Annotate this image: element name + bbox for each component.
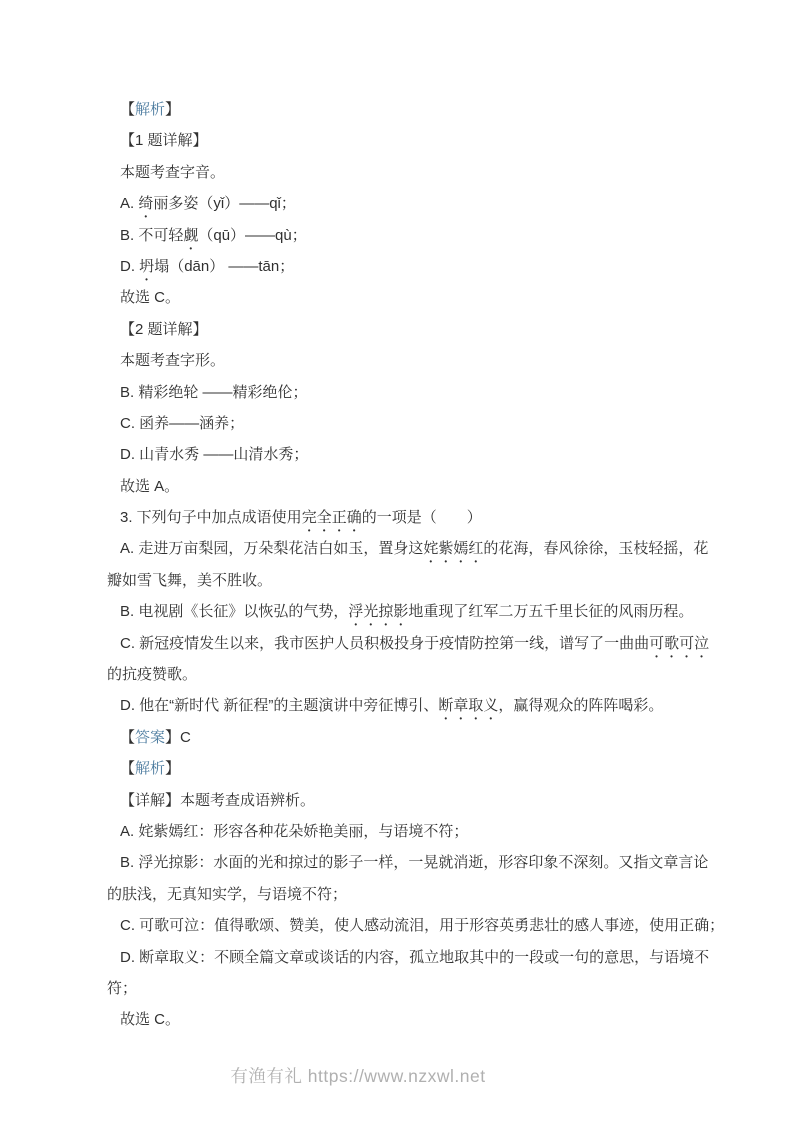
document-page: 【解析】【1 题详解】本题考查字音。A. 绮丽多姿（yǐ）——qǐ；B. 不可轻… (0, 0, 793, 1122)
watermark-text: 有渔有礼 https://www.nzxwl.net (230, 1066, 485, 1086)
emphasized-idiom-text: 坍 (139, 258, 154, 275)
text-run: D. 山青水秀 ——山清水秀； (120, 446, 308, 463)
text-run: C. 新冠疫情发生以来，我市医护人员积极投身于疫情防控第一线，谱写了一曲曲 (120, 635, 649, 652)
option-line: A. 绮丽多姿（yǐ）——qǐ； (107, 188, 707, 219)
emphasized-idiom-text: 断章取义 (438, 697, 498, 714)
option-line: B. 电视剧《长征》以恢弘的气势，浮光掠影地重现了红军二万五千里长征的风雨历程。 (107, 596, 707, 627)
text-run: 的花海，春风徐徐，玉枝轻摇，花 (483, 540, 708, 557)
option-line: A. 走进万亩梨园，万朵梨花洁白如玉，置身这姹紫嫣红的花海，春风徐徐，玉枝轻摇，… (107, 533, 707, 564)
text-run: A. (120, 195, 138, 212)
question-3-stem: 3. 下列句子中加点成语使用完全正确的一项是（ ） (107, 502, 707, 533)
text-run: ，赢得观众的阵阵喝彩。 (498, 697, 663, 714)
analysis-label-line: 【解析】 (107, 94, 707, 125)
text-run: D. (120, 258, 139, 275)
idiom-analysis-line: A. 姹紫嫣红：形容各种花朵娇艳美丽，与语境不符； (107, 816, 707, 847)
option-line-continuation: 的抗疫赞歌。 (107, 659, 707, 690)
text-run: 丽多姿（yǐ）——qǐ； (153, 195, 296, 212)
text-run: 故选 C。 (120, 289, 180, 306)
emphasized-idiom-text: 可歌可泣 (649, 635, 709, 652)
text-run: 塌（dān） ——tān； (154, 258, 294, 275)
option-line: D. 坍塌（dān） ——tān； (107, 251, 707, 282)
text-run: 】 (165, 101, 180, 118)
text-run: D. 断章取义：不顾全篇文章或谈话的内容，孤立地取其中的一段或一句的意思，与语境… (120, 949, 709, 966)
text-run: 】 (165, 760, 180, 777)
text-run: C. 函养——涵养； (120, 415, 244, 432)
section-label-text: 答案 (135, 729, 165, 746)
option-line: C. 函养——涵养； (107, 408, 707, 439)
option-line: D. 山青水秀 ——山清水秀； (107, 439, 707, 470)
text-run: B. 精彩绝轮 ——精彩绝伦； (120, 384, 308, 401)
text-run: 3. 下列句子中加点成语使用 (120, 509, 302, 526)
detail-explanation-line: 【详解】本题考查成语辨析。 (107, 785, 707, 816)
conclusion-line: 故选 C。 (107, 1004, 707, 1035)
emphasized-idiom-text: 姹紫嫣红 (423, 540, 483, 557)
text-run: A. 姹紫嫣红：形容各种花朵娇艳美丽，与语境不符； (120, 823, 468, 840)
text-run: 【详解】本题考查成语辨析。 (120, 792, 315, 809)
explanation-line: 本题考查字音。 (107, 157, 707, 188)
option-line: D. 他在“新时代 新征程”的主题演讲中旁征博引、断章取义，赢得观众的阵阵喝彩。 (107, 690, 707, 721)
text-run: B. 电视剧《长征》以恢弘的气势， (120, 603, 348, 620)
emphasized-idiom-text: 绮 (138, 195, 153, 212)
text-run: 瓣如雪飞舞，美不胜收。 (107, 572, 272, 589)
section-label-text: 解析 (135, 101, 165, 118)
text-run: 本题考查字形。 (120, 352, 225, 369)
text-run: 的肤浅，无真知实学，与语境不符； (107, 886, 347, 903)
idiom-analysis-continuation: 符； (107, 973, 707, 1004)
text-run: （qū）——qù； (198, 227, 306, 244)
idiom-analysis-line: C. 可歌可泣：值得歌颂、赞美，使人感动流泪，用于形容英勇悲壮的感人事迹，使用正… (107, 910, 707, 941)
text-run: 地重现了红军二万五千里长征的风雨历程。 (408, 603, 693, 620)
text-run: C. 可歌可泣：值得歌颂、赞美，使人感动流泪，用于形容英勇悲壮的感人事迹，使用正… (120, 917, 724, 934)
question-1-detail-header: 【1 题详解】 (107, 125, 707, 156)
idiom-analysis-line: B. 浮光掠影：水面的光和掠过的影子一样，一晃就消逝，形容印象不深刻。又指文章言… (107, 847, 707, 878)
text-run: 【1 题详解】 (120, 132, 208, 149)
text-run: A. 走进万亩梨园，万朵梨花洁白如玉，置身这 (120, 540, 423, 557)
idiom-analysis-continuation: 的肤浅，无真知实学，与语境不符； (107, 879, 707, 910)
text-run: 【 (120, 729, 135, 746)
text-run: 故选 A。 (120, 478, 179, 495)
conclusion-line: 故选 C。 (107, 282, 707, 313)
conclusion-line: 故选 A。 (107, 471, 707, 502)
page-footer: 有渔有礼 https://www.nzxwl.net (0, 1063, 716, 1088)
emphasized-idiom-text: 完全正确 (302, 509, 362, 526)
analysis-label-line: 【解析】 (107, 753, 707, 784)
text-run: 】C (165, 729, 191, 746)
text-run: B. 不可轻 (120, 227, 183, 244)
option-line: B. 不可轻觑（qū）——qù； (107, 220, 707, 251)
document-body: 【解析】【1 题详解】本题考查字音。A. 绮丽多姿（yǐ）——qǐ；B. 不可轻… (107, 94, 707, 1036)
text-run: 的抗疫赞歌。 (107, 666, 197, 683)
explanation-line: 本题考查字形。 (107, 345, 707, 376)
question-2-detail-header: 【2 题详解】 (107, 314, 707, 345)
text-run: D. 他在“新时代 新征程”的主题演讲中旁征博引、 (120, 697, 438, 714)
idiom-analysis-line: D. 断章取义：不顾全篇文章或谈话的内容，孤立地取其中的一段或一句的意思，与语境… (107, 942, 707, 973)
option-line-continuation: 瓣如雪飞舞，美不胜收。 (107, 565, 707, 596)
text-run: 【 (120, 101, 135, 118)
text-run: 【 (120, 760, 135, 777)
text-run: 符； (107, 980, 137, 997)
answer-line: 【答案】C (107, 722, 707, 753)
section-label-text: 解析 (135, 760, 165, 777)
text-run: 故选 C。 (120, 1011, 180, 1028)
emphasized-idiom-text: 觑 (183, 227, 198, 244)
option-line: B. 精彩绝轮 ——精彩绝伦； (107, 377, 707, 408)
option-line: C. 新冠疫情发生以来，我市医护人员积极投身于疫情防控第一线，谱写了一曲曲可歌可… (107, 628, 707, 659)
text-run: 【2 题详解】 (120, 321, 208, 338)
emphasized-idiom-text: 浮光掠影 (348, 603, 408, 620)
text-run: 本题考查字音。 (120, 164, 225, 181)
text-run: 的一项是（ ） (362, 509, 482, 526)
text-run: B. 浮光掠影：水面的光和掠过的影子一样，一晃就消逝，形容印象不深刻。又指文章言… (120, 854, 708, 871)
